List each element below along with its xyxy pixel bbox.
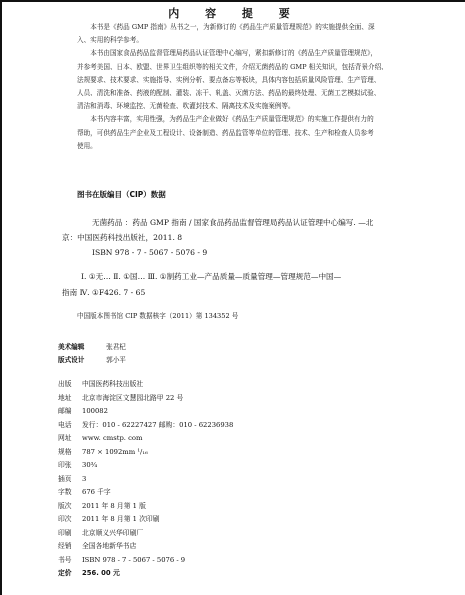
- pub-label: 地址: [58, 392, 82, 406]
- cip-entry-line: 京：中国医药科技出版社，2011. 8: [62, 230, 422, 245]
- staff-row: 美术编辑 张君杞: [58, 341, 126, 354]
- pub-row-edition: 版次2011 年 8 月第 1 版: [58, 500, 233, 514]
- pub-row-format: 规格787 × 1092mm ¹/₁₆: [58, 446, 233, 460]
- pub-value: www. cmstp. com: [82, 434, 142, 442]
- text-line: 使用。: [77, 140, 407, 153]
- pub-value: 北京顺义兴华印刷厂: [82, 529, 143, 537]
- pub-label: 书号: [58, 554, 82, 568]
- staff-value: 郭小平: [106, 356, 126, 364]
- pub-row-phone: 电话发行：010 - 62227427 邮购：010 - 62236938: [58, 419, 233, 433]
- pub-label: 版次: [58, 500, 82, 514]
- pub-value: 2011 年 8 月第 1 版: [82, 502, 146, 510]
- staff-row: 版式设计 郭小平: [58, 354, 126, 367]
- pub-label: 插页: [58, 473, 82, 487]
- abstract-paragraph-3: 本书内容丰富，实用性强，为药品生产企业做好《药品生产质量管理规范》的实施工作提供…: [77, 113, 407, 153]
- pub-value: 3: [82, 475, 86, 483]
- pub-label: 经销: [58, 540, 82, 554]
- text-line: 帮助，可供药品生产企业及工程设计、设备制造、药品监管等单位的管理、技术、生产和检…: [77, 127, 407, 140]
- publication-info: 出版中国医药科技出版社 地址北京市海淀区文慧园北路甲 22 号 邮编100082…: [58, 378, 233, 581]
- text-line: 入、实用的科学参考。: [77, 34, 407, 47]
- pub-value: 256. 00 元: [82, 569, 120, 577]
- cip-classification: Ⅰ. ①无… Ⅱ. ①国… Ⅲ. ①制药工业—产品质量—质量管理—管理规范—中国…: [62, 269, 422, 301]
- text-line: 本书由国家食品药品监督管理局药品认证管理中心编写，紧扣新修订的《药品生产质量管理…: [77, 47, 407, 60]
- abstract-paragraph-1: 本书是《药品 GMP 指南》丛书之一，为新修订的《药品生产质量管理规范》的实施提…: [77, 21, 407, 47]
- pub-label: 出版: [58, 378, 82, 392]
- abstract-paragraph-2: 本书由国家食品药品监督管理局药品认证管理中心编写，紧扣新修订的《药品生产质量管理…: [77, 47, 407, 113]
- pub-value: 787 × 1092mm ¹/₁₆: [82, 448, 148, 456]
- cip-entry-line: 无菌药品 ：药品 GMP 指南 / 国家食品药品监督管理局药品认证管理中心编写.…: [77, 215, 422, 230]
- pub-label: 字数: [58, 486, 82, 500]
- pub-label: 电话: [58, 419, 82, 433]
- staff-label: 版式设计: [58, 354, 104, 367]
- pub-value: 北京市海淀区文慧园北路甲 22 号: [82, 394, 183, 402]
- pub-value: 676 千字: [82, 488, 111, 496]
- cip-heading: 图书在版编目（CIP）数据: [77, 189, 166, 200]
- pub-value: 全国各地新华书店: [82, 542, 136, 550]
- cip-isbn: ISBN 978 - 7 - 5067 - 5076 - 9: [77, 245, 422, 260]
- pub-label: 网址: [58, 432, 82, 446]
- pub-label: 定价: [58, 567, 82, 581]
- text-line: 本书内容丰富，实用性强，为药品生产企业做好《药品生产质量管理规范》的实施工作提供…: [77, 113, 407, 126]
- copyright-page: 内 容 提 要 本书是《药品 GMP 指南》丛书之一，为新修订的《药品生产质量管…: [0, 0, 465, 595]
- pub-label: 邮编: [58, 405, 82, 419]
- abstract-section: 本书是《药品 GMP 指南》丛书之一，为新修订的《药品生产质量管理规范》的实施提…: [77, 21, 407, 153]
- staff-credits: 美术编辑 张君杞 版式设计 郭小平: [58, 341, 126, 367]
- pub-row-website: 网址www. cmstp. com: [58, 432, 233, 446]
- text-line: 法规要求、技术要求、实施指导、实例分析、要点备忘等板块，具体内容包括质量风险管理…: [77, 74, 407, 87]
- cip-class-line: Ⅰ. ①无… Ⅱ. ①国… Ⅲ. ①制药工业—产品质量—质量管理—管理规范—中国…: [62, 269, 422, 285]
- pub-value: ISBN 978 - 7 - 5067 - 5076 - 9: [82, 556, 185, 564]
- pub-row-inserts: 插页3: [58, 473, 233, 487]
- page-title: 内 容 提 要: [2, 5, 465, 21]
- pub-row-price: 定价256. 00 元: [58, 567, 233, 581]
- pub-value: 发行：010 - 62227427 邮购：010 - 62236938: [82, 421, 233, 429]
- text-line: 并参考美国、日本、欧盟、世界卫生组织等的相关文件，介绍无菌药品的 GMP 相关知…: [77, 61, 407, 74]
- cip-entry: 无菌药品 ：药品 GMP 指南 / 国家食品药品监督管理局药品认证管理中心编写.…: [77, 215, 422, 260]
- text-line: 人员、清洗和准备、药液的配制、灌装、冻干、轧盖、灭菌方法、药品的最终处理、无菌工…: [77, 87, 407, 100]
- pub-row-address: 地址北京市海淀区文慧园北路甲 22 号: [58, 392, 233, 406]
- pub-value: 30¾: [82, 461, 97, 469]
- staff-value: 张君杞: [106, 343, 126, 351]
- pub-label: 印次: [58, 513, 82, 527]
- cip-record-number: 中国版本图书馆 CIP 数据核字（2011）第 134352 号: [77, 310, 238, 320]
- pub-label: 规格: [58, 446, 82, 460]
- pub-row-printer: 印刷北京顺义兴华印刷厂: [58, 527, 233, 541]
- pub-value: 中国医药科技出版社: [82, 380, 143, 388]
- pub-row-distributor: 经销全国各地新华书店: [58, 540, 233, 554]
- pub-row-sheets: 印张30¾: [58, 459, 233, 473]
- text-line: 本书是《药品 GMP 指南》丛书之一，为新修订的《药品生产质量管理规范》的实施提…: [77, 21, 407, 34]
- pub-label: 印刷: [58, 527, 82, 541]
- text-line: 清洁和消毒、环境监控、无菌检查、吹灌封技术、隔离技术及实施案例等。: [77, 100, 407, 113]
- pub-row-publisher: 出版中国医药科技出版社: [58, 378, 233, 392]
- pub-value: 2011 年 8 月第 1 次印刷: [82, 515, 160, 523]
- pub-row-postcode: 邮编100082: [58, 405, 233, 419]
- cip-class-line: 指南 Ⅳ. ①F426. 7 - 65: [62, 285, 422, 301]
- pub-row-isbn: 书号ISBN 978 - 7 - 5067 - 5076 - 9: [58, 554, 233, 568]
- staff-label: 美术编辑: [58, 341, 104, 354]
- pub-row-printing: 印次2011 年 8 月第 1 次印刷: [58, 513, 233, 527]
- pub-row-wordcount: 字数676 千字: [58, 486, 233, 500]
- pub-value: 100082: [82, 407, 108, 415]
- pub-label: 印张: [58, 459, 82, 473]
